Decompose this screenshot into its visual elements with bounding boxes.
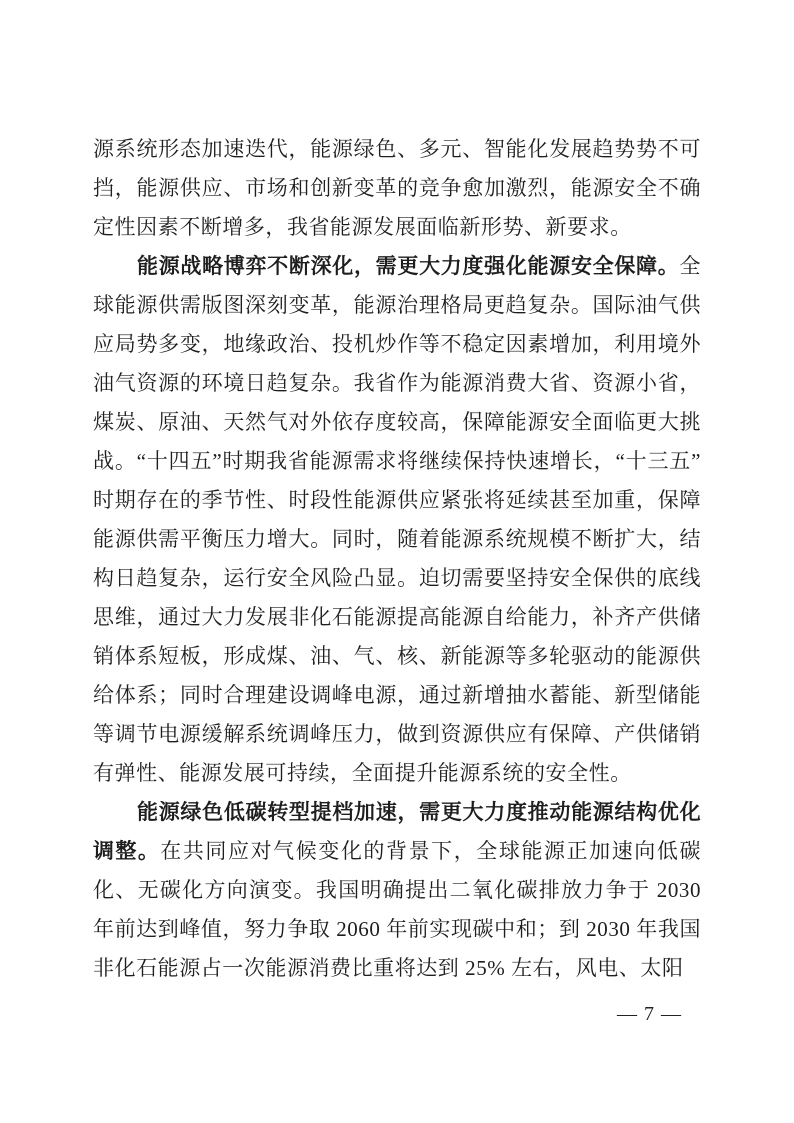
paragraph-continuation: 源系统形态加速迭代，能源绿色、多元、智能化发展趋势势不可挡，能源供应、市场和创新… (93, 130, 701, 247)
document-body: 源系统形态加速迭代，能源绿色、多元、智能化发展趋势势不可挡，能源供应、市场和创新… (93, 130, 701, 988)
paragraph-body-text: 在共同应对气候变化的背景下，全球能源正加速向低碳化、无碳化方向演变。我国明确提出… (93, 839, 701, 980)
paragraph-body-text: 全球能源供需版图深刻变革，能源治理格局更趋复杂。国际油气供应局势多变，地缘政治、… (93, 254, 701, 785)
page-number: — 7 — (617, 1000, 682, 1028)
paragraph-green-transition: 能源绿色低碳转型提档加速，需更大力度推动能源结构优化调整。在共同应对气候变化的背… (93, 793, 701, 988)
document-page: 源系统形态加速迭代，能源绿色、多元、智能化发展趋势势不可挡，能源供应、市场和创新… (0, 0, 794, 1123)
paragraph-energy-security: 能源战略博弈不断深化，需更大力度强化能源安全保障。全球能源供需版图深刻变革，能源… (93, 247, 701, 793)
paragraph-bold-lead: 能源战略博弈不断深化，需更大力度强化能源安全保障。 (137, 255, 679, 278)
paragraph-body-text: 源系统形态加速迭代，能源绿色、多元、智能化发展趋势势不可挡，能源供应、市场和创新… (93, 137, 701, 239)
